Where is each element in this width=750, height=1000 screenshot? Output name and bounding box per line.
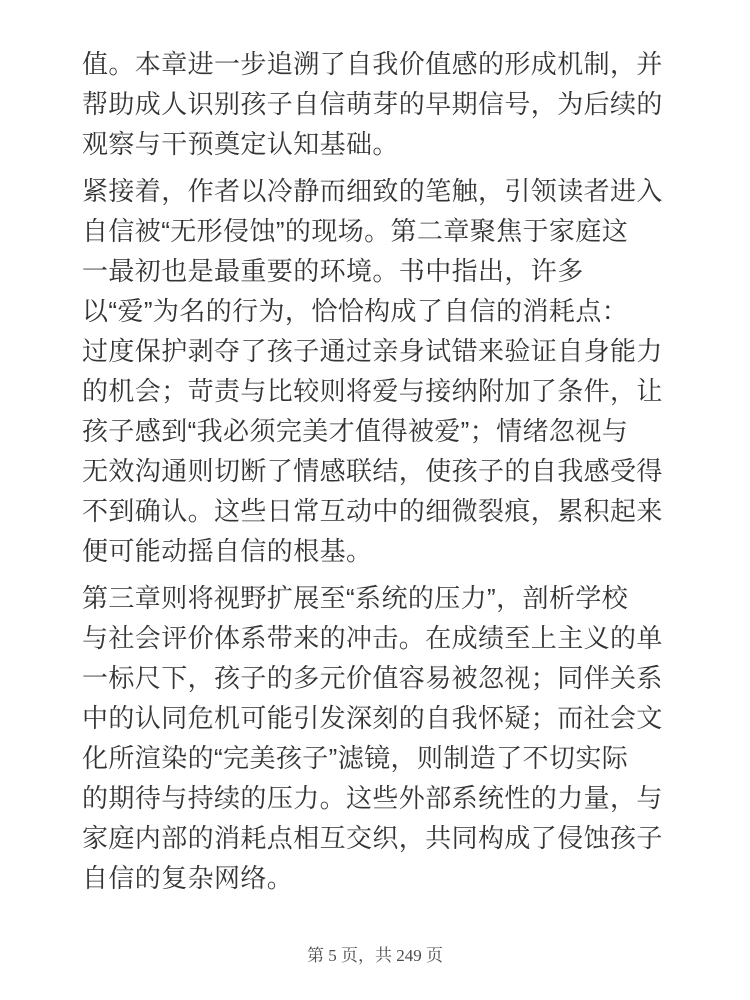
text-line: 一最初也是最重要的环境。书中指出，许多 [82, 251, 676, 291]
paragraph: 紧接着，作者以冷静而细致的笔触，引领读者进入自信被“无形侵蚀”的现场。第二章聚焦… [82, 171, 676, 571]
text-line: 帮助成人识别孩子自信萌芽的早期信号，为后续的 [82, 84, 676, 124]
text-line: 中的认同危机可能引发深刻的自我怀疑；而社会文 [82, 698, 676, 738]
text-line: 与社会评价体系带来的冲击。在成绩至上主义的单 [82, 618, 676, 658]
text-line: 无效沟通则切断了情感联结，使孩子的自我感受得 [82, 451, 676, 491]
text-line: 便可能动摇自信的根基。 [82, 531, 676, 571]
text-line: 化所渲染的“完美孩子”滤镜，则制造了不切实际 [82, 738, 676, 778]
text-line: 孩子感到“我必须完美才值得被爱”；情绪忽视与 [82, 411, 676, 451]
paragraph: 值。本章进一步追溯了自我价值感的形成机制，并帮助成人识别孩子自信萌芽的早期信号，… [82, 44, 676, 164]
text-line: 自信的复杂网络。 [82, 858, 676, 898]
text-line: 自信被“无形侵蚀”的现场。第二章聚焦于家庭这 [82, 211, 676, 251]
text-line: 不到确认。这些日常互动中的细微裂痕，累积起来 [82, 491, 676, 531]
text-line: 家庭内部的消耗点相互交织，共同构成了侵蚀孩子 [82, 818, 676, 858]
paragraph: 第三章则将视野扩展至“系统的压力”，剖析学校与社会评价体系带来的冲击。在成绩至上… [82, 578, 676, 898]
page-number-indicator: 第 5 页，共 249 页 [0, 946, 750, 966]
text-line: 的期待与持续的压力。这些外部系统性的力量，与 [82, 778, 676, 818]
text-line: 值。本章进一步追溯了自我价值感的形成机制，并 [82, 44, 676, 84]
text-line: 紧接着，作者以冷静而细致的笔触，引领读者进入 [82, 171, 676, 211]
page-body-text: 值。本章进一步追溯了自我价值感的形成机制，并帮助成人识别孩子自信萌芽的早期信号，… [82, 44, 676, 905]
document-page: 值。本章进一步追溯了自我价值感的形成机制，并帮助成人识别孩子自信萌芽的早期信号，… [0, 0, 750, 1000]
text-line: 一标尺下，孩子的多元价值容易被忽视；同伴关系 [82, 658, 676, 698]
text-line: 观察与干预奠定认知基础。 [82, 124, 676, 164]
text-line: 过度保护剥夺了孩子通过亲身试错来验证自身能力 [82, 331, 676, 371]
text-line: 的机会；苛责与比较则将爱与接纳附加了条件，让 [82, 371, 676, 411]
text-line: 第三章则将视野扩展至“系统的压力”，剖析学校 [82, 578, 676, 618]
text-line: 以“爱”为名的行为，恰恰构成了自信的消耗点： [82, 291, 676, 331]
